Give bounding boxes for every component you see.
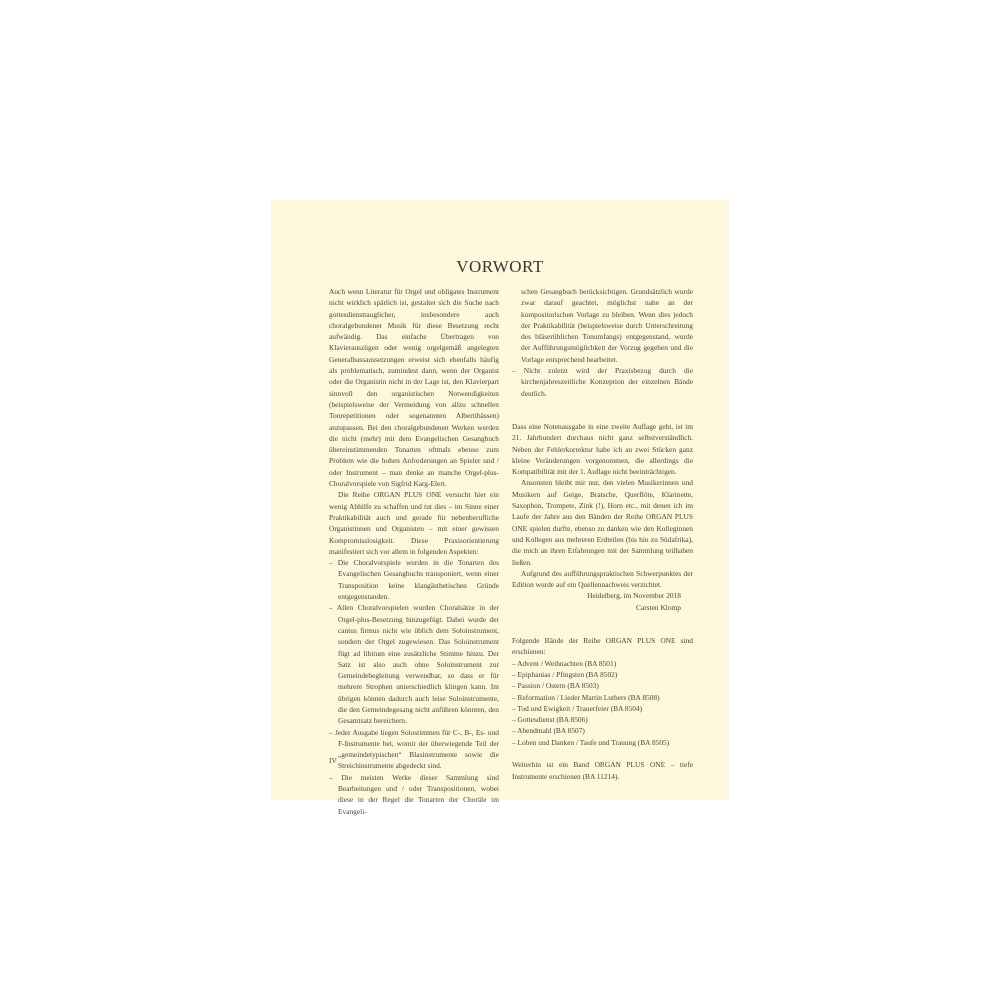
right-column: schen Gesangbuch berücksichtigen. Grunds… (512, 286, 693, 782)
paragraph-thanks: Ansonsten bleibt mir nur, den vielen Mus… (512, 477, 693, 567)
volume-item: – Reformation / Lieder Martin Luthers (B… (512, 692, 693, 703)
paragraph-intro: Auch wenn Literatur für Orgel und obliga… (329, 286, 499, 489)
volumes-list: – Advent / Weihnachten (BA 8501) – Epiph… (512, 658, 693, 748)
bullet-item: – Die Choralvorspiele wurden in die Tona… (329, 557, 499, 602)
volume-item: – Abendmahl (BA 8507) (512, 725, 693, 736)
bullet-continuation: schen Gesangbuch berücksichtigen. Grunds… (512, 286, 693, 365)
page-title: VORWORT (271, 257, 729, 277)
bullet-item: – Nicht zuletzt wird der Praxisbezug dur… (512, 365, 693, 399)
volume-item: – Loben und Danken / Taufe und Trauung (… (512, 737, 693, 748)
paragraph-sources: Aufgrund des aufführungspraktischen Schw… (512, 568, 693, 591)
bullet-item: – Jeder Ausgabe liegen Solostimmen für C… (329, 727, 499, 772)
closing-note: Weiterhin ist ein Band ORGAN PLUS ONE – … (512, 759, 693, 782)
document-page: VORWORT Auch wenn Literatur für Orgel un… (271, 200, 729, 800)
volume-item: – Epiphanias / Pfingsten (BA 8502) (512, 669, 693, 680)
bullet-item: – Die meisten Werke dieser Sammlung sind… (329, 772, 499, 817)
volumes-intro: Folgende Bände der Reihe ORGAN PLUS ONE … (512, 635, 693, 658)
left-column: Auch wenn Literatur für Orgel und obliga… (329, 286, 499, 817)
paragraph-second-edition: Dass eine Notenausgabe in eine zweite Au… (512, 421, 693, 477)
author-signature: Carsten Klomp (512, 602, 693, 613)
volume-item: – Advent / Weihnachten (BA 8501) (512, 658, 693, 669)
volume-item: – Passion / Ostern (BA 8503) (512, 680, 693, 691)
volume-item: – Gottesdienst (BA 8506) (512, 714, 693, 725)
paragraph-series: Die Reihe ORGAN PLUS ONE versucht hier e… (329, 489, 499, 557)
place-date: Heidelberg, im November 2018 (512, 590, 693, 601)
volume-item: – Tod und Ewigkeit / Trauerfeier (BA 850… (512, 703, 693, 714)
page-number: IV (329, 756, 337, 765)
bullet-item: – Allen Choralvorspielen wurden Choralsä… (329, 602, 499, 726)
